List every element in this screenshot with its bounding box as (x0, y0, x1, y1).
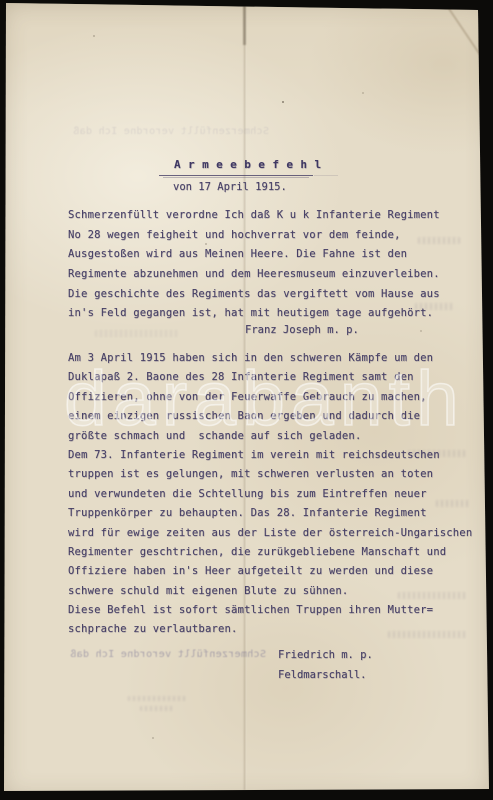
scanned-photo: Schmerzenfüllt verordne Ich daß A r m e … (0, 0, 493, 800)
paper-speck (420, 330, 422, 332)
body-line: Offiziere haben in's Heer aufgeteilt zu … (68, 562, 472, 581)
fold-line-top (243, 3, 246, 45)
signature-friedrich: Friedrich m. p. (278, 649, 373, 661)
bleedthrough-text-top: Schmerzenfüllt verordne Ich daß (73, 126, 269, 137)
signature-rank: Feldmarschall. (278, 669, 367, 681)
paper-speck (282, 101, 284, 103)
title-underline-faint (314, 175, 338, 176)
title-underline-echo (163, 177, 309, 178)
body-line: Ausgestoßen wird aus Meinen Heere. Die F… (68, 245, 440, 265)
ink-smudge (415, 303, 455, 310)
body-line: No 28 wegen feigheit und hochverrat vor … (68, 226, 440, 246)
date-line: von 17 April 1915. (173, 181, 287, 193)
corner-crease (448, 7, 482, 56)
body-line: Schmerzenfüllt verordne Ich daß K u k In… (68, 206, 440, 226)
ink-smudge (418, 237, 460, 244)
paper-speck (362, 92, 364, 94)
paper-sheet: Schmerzenfüllt verordne Ich daß A r m e … (0, 0, 493, 800)
body-line: Die geschichte des Regiments das vergift… (68, 285, 440, 305)
paper-speck (93, 35, 95, 37)
body-line: Regimente abzunehmen und dem Heeresmuseu… (68, 265, 440, 285)
body-line: in's Feld gegangen ist, hat mit heutigem… (68, 304, 440, 324)
paper-speck (152, 737, 154, 739)
body-line: Diese Befehl ist sofort sämtlichen Trupp… (68, 601, 472, 620)
body-line: wird für ewige zeiten aus der Liste der … (68, 524, 472, 543)
ink-smudge (140, 706, 174, 711)
armeebefehl-title: A r m e e b e f e h l (174, 158, 321, 171)
ink-smudge (408, 450, 466, 457)
body-line: Regimenter geschtrichen, die zurükgeblie… (68, 543, 472, 562)
signature-franz-joseph: Franz Joseph m. p. (245, 324, 359, 336)
bleedthrough-text-bottom: Schmerzenfüllt verordne Ich daß (70, 649, 266, 660)
body-line: Truppenkörper zu behaupten. Das 28. Infa… (68, 504, 472, 523)
paragraph-franz-joseph: Schmerzenfüllt verordne Ich daß K u k In… (68, 206, 440, 324)
paper-speck (205, 243, 207, 245)
body-line: truppen ist es gelungen, mit schweren ve… (68, 465, 472, 484)
darabanth-watermark: darabanth (64, 359, 465, 439)
ink-smudge (436, 500, 470, 507)
body-line: und verwundeten die Schtellung bis zum E… (68, 485, 472, 504)
ink-smudge (388, 631, 468, 638)
ink-smudge (128, 696, 188, 701)
ink-smudge (398, 592, 466, 599)
ink-smudge (95, 330, 180, 337)
